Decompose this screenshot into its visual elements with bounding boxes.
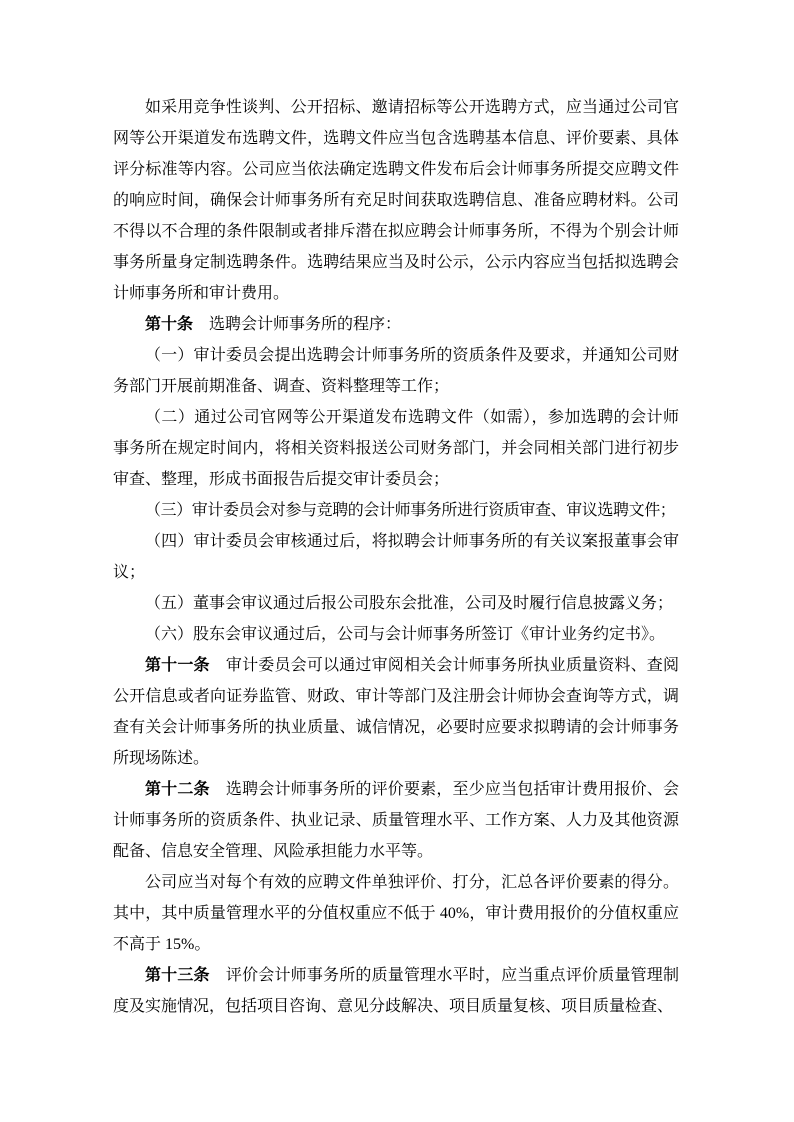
paragraph-scoring-weights: 公司应当对每个有效的应聘文件单独评价、打分，汇总各评价要素的得分。其中，其中质量… [113, 867, 679, 960]
paragraph-item-5: （五）董事会审议通过后报公司股东会批准，公司及时履行信息披露义务； [113, 588, 679, 619]
paragraph-text: 公司应当对每个有效的应聘文件单独评价、打分，汇总各评价要素的得分。其中，其中质量… [113, 874, 679, 953]
paragraph-item-6: （六）股东会审议通过后，公司与会计师事务所签订《审计业务约定书》。 [113, 619, 679, 650]
paragraph-text: （四）审计委员会审核通过后，将拟聘会计师事务所的有关议案报董事会审议； [113, 533, 679, 581]
article-10-number: 第十条 [145, 316, 193, 333]
paragraph-text: （六）股东会审议通过后，公司与会计师事务所签订《审计业务约定书》。 [145, 626, 665, 643]
paragraph-item-1: （一）审计委员会提出选聘会计师事务所的资质条件及要求，并通知公司财务部门开展前期… [113, 340, 679, 402]
paragraph-article-12: 第十二条 选聘会计师事务所的评价要素，至少应当包括审计费用报价、会计师事务所的资… [113, 774, 679, 867]
paragraph-text: （三）审计委员会对参与竞聘的会计师事务所进行资质审查、审议选聘文件； [145, 502, 675, 519]
paragraph-article-10-heading: 第十条 选聘会计师事务所的程序： [113, 309, 679, 340]
document-page: 如采用竞争性谈判、公开招标、邀请招标等公开选聘方式，应当通过公司官网等公开渠道发… [0, 0, 794, 1122]
document-body-text: 如采用竞争性谈判、公开招标、邀请招标等公开选聘方式，应当通过公司官网等公开渠道发… [113, 92, 679, 1022]
paragraph-text: （一）审计委员会提出选聘会计师事务所的资质条件及要求，并通知公司财务部门开展前期… [113, 347, 679, 395]
article-12-number: 第十二条 [145, 781, 210, 798]
paragraph-open-tender-rules: 如采用竞争性谈判、公开招标、邀请招标等公开选聘方式，应当通过公司官网等公开渠道发… [113, 92, 679, 309]
paragraph-text: 选聘会计师事务所的程序： [193, 316, 401, 333]
paragraph-item-2: （二）通过公司官网等公开渠道发布选聘文件（如需），参加选聘的会计师事务所在规定时… [113, 402, 679, 495]
article-13-number: 第十三条 [145, 967, 210, 984]
paragraph-text: （二）通过公司官网等公开渠道发布选聘文件（如需），参加选聘的会计师事务所在规定时… [113, 409, 679, 488]
paragraph-item-4: （四）审计委员会审核通过后，将拟聘会计师事务所的有关议案报董事会审议； [113, 526, 679, 588]
paragraph-article-13: 第十三条 评价会计师事务所的质量管理水平时，应当重点评价质量管理制度及实施情况，… [113, 960, 679, 1022]
paragraph-article-11: 第十一条 审计委员会可以通过审阅相关会计师事务所执业质量资料、查阅公开信息或者向… [113, 650, 679, 774]
paragraph-text: 如采用竞争性谈判、公开招标、邀请招标等公开选聘方式，应当通过公司官网等公开渠道发… [113, 99, 679, 302]
article-11-number: 第十一条 [145, 657, 210, 674]
paragraph-text: （五）董事会审议通过后报公司股东会批准，公司及时履行信息披露义务； [145, 595, 673, 612]
paragraph-item-3: （三）审计委员会对参与竞聘的会计师事务所进行资质审查、审议选聘文件； [113, 495, 679, 526]
